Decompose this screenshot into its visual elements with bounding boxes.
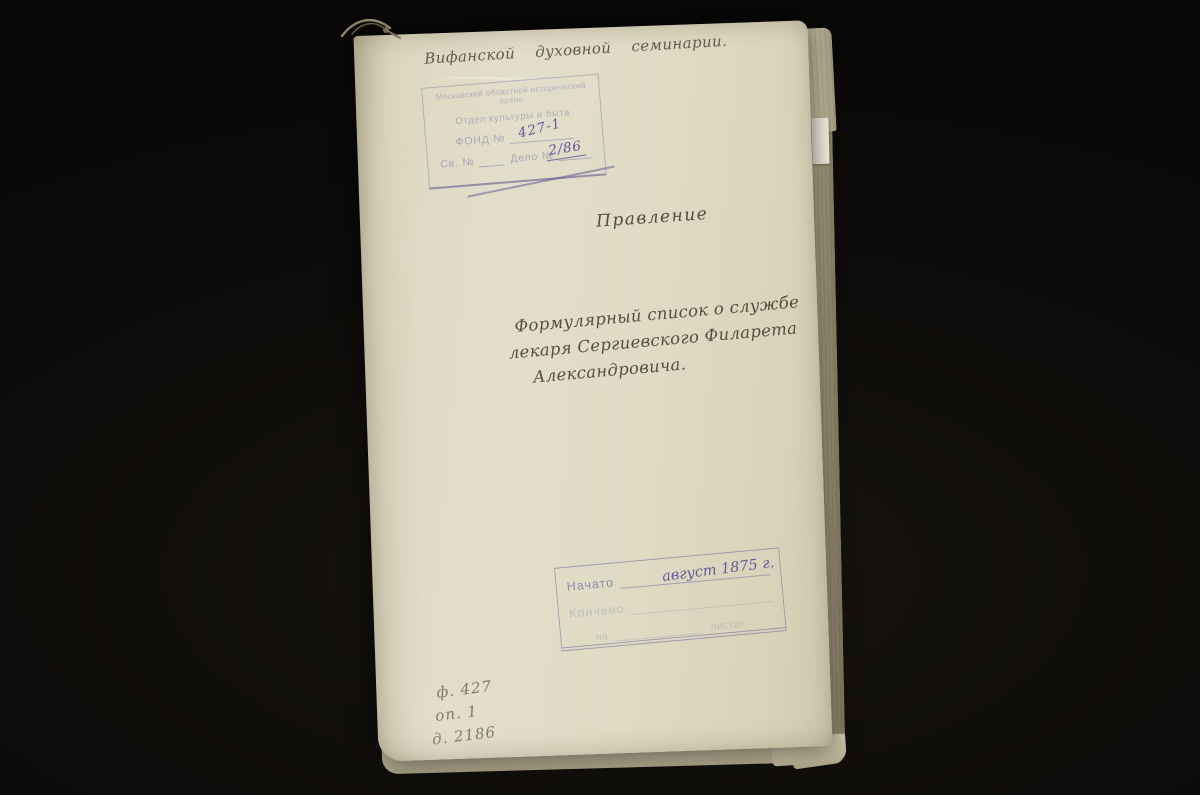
sv-underline <box>478 153 505 167</box>
catalog-marks: ф. 427 оп. 1 д. 2186 <box>425 675 499 752</box>
started-underline: август 1875 г. <box>619 559 770 589</box>
binding-thread-icon <box>334 4 418 50</box>
sheets-suffix-label: листах <box>710 618 746 633</box>
archival-document-photo: Вифанской духовной семинарии. Московский… <box>0 0 1200 795</box>
sheets-prefix-label: на <box>595 630 608 643</box>
register-stamp: Начато август 1875 г. Кончено на листах <box>554 547 787 651</box>
finished-label: Кончено <box>569 602 626 621</box>
stamp-pen-slash <box>467 166 614 198</box>
sheets-row: на листах <box>571 614 775 645</box>
sheets-underline <box>615 621 703 642</box>
folder-cover: Вифанской духовной семинарии. Московский… <box>353 20 832 761</box>
finished-row: Кончено <box>568 586 773 620</box>
fond-label: ФОНД № <box>455 132 506 148</box>
protruding-paper-slip <box>811 118 829 164</box>
cover-subject-block: Формулярный список о службе лекаря Серги… <box>513 290 799 392</box>
cover-institution-title: Вифанской духовной семинарии. <box>424 30 754 68</box>
started-label: Начато <box>566 575 615 593</box>
archive-stamp: Московский областной исторический архив … <box>421 74 607 190</box>
cover-department-heading: Правление <box>595 204 708 232</box>
sv-label: Св. № <box>440 156 475 171</box>
finished-underline <box>630 586 773 615</box>
started-handwritten-value: август 1875 г. <box>661 555 775 585</box>
stamp-delo-row: Св. № Дело № 2/86 <box>428 145 604 171</box>
